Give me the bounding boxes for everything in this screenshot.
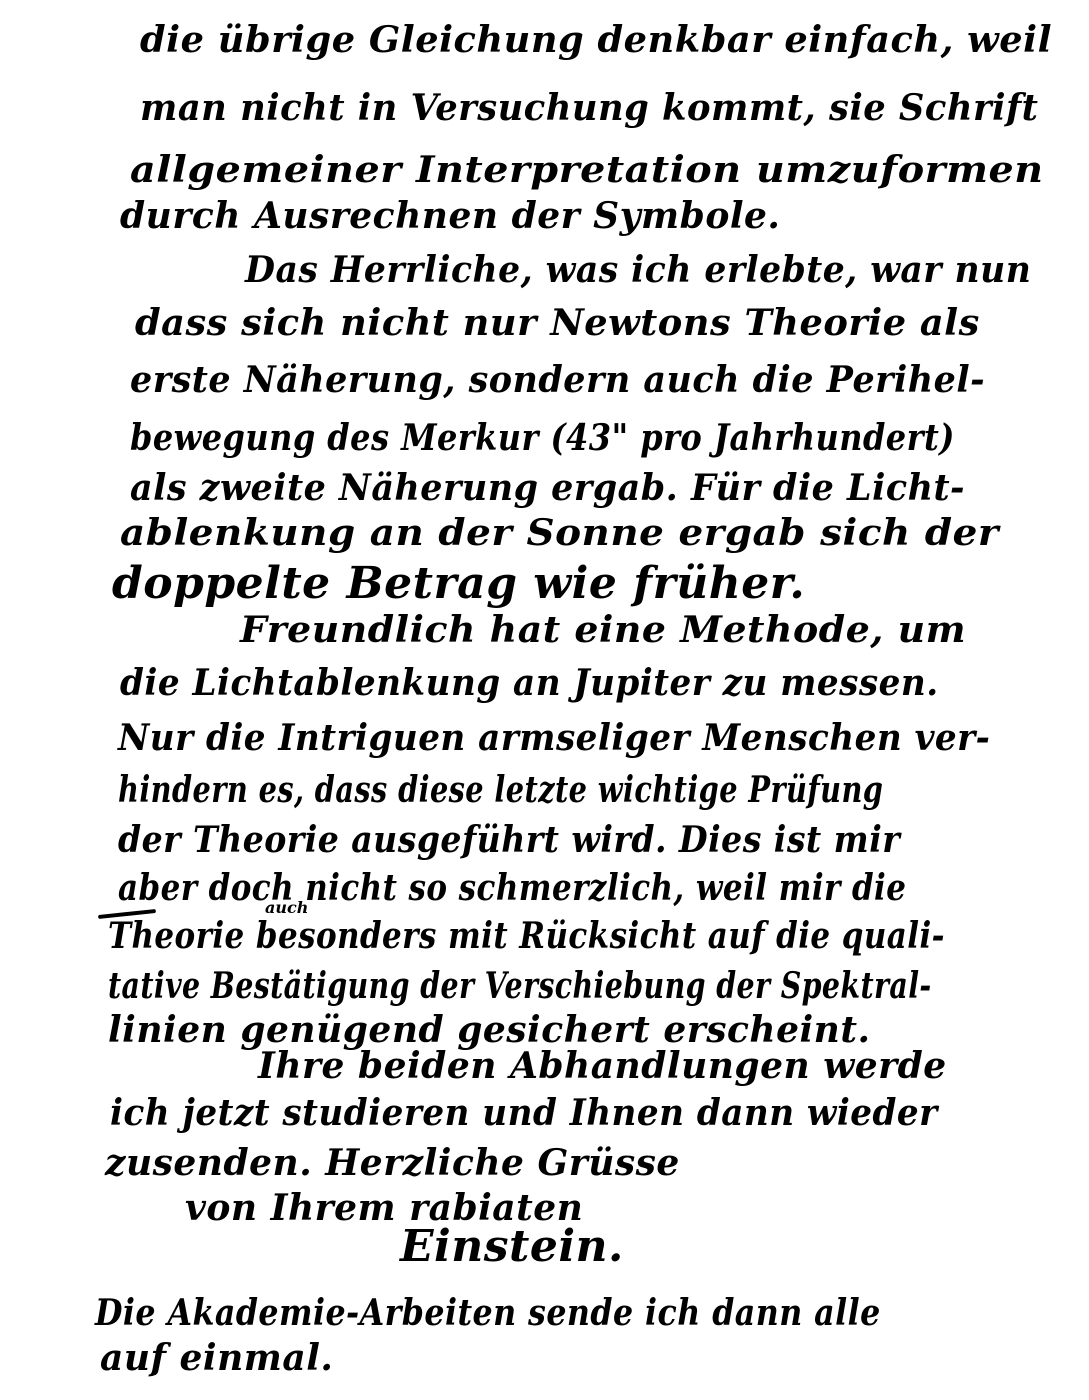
letter-line: bewegung des Merkur (43" pro Jahrhundert… [130, 420, 955, 456]
letter-line: allgemeiner Interpretation umzuformen [130, 152, 1044, 188]
letter-line: erste Näherung, sondern auch die Perihel… [130, 362, 985, 398]
letter-line: tative Bestätigung der Verschiebung der … [108, 968, 932, 1004]
letter-line: die übrige Gleichung denkbar einfach, we… [140, 22, 1052, 58]
letter-line: Nur die Intriguen armseliger Menschen ve… [118, 720, 990, 756]
letter-page: die übrige Gleichung denkbar einfach, we… [0, 0, 1089, 1400]
letter-line: dass sich nicht nur Newtons Theorie als [135, 305, 980, 341]
letter-line: die Lichtablenkung an Jupiter zu messen. [120, 665, 939, 701]
letter-line: Das Herrliche, was ich erlebte, war nun [245, 252, 1031, 288]
letter-line: man nicht in Versuchung kommt, sie Schri… [140, 90, 1038, 126]
letter-line: hindern es, dass diese letzte wichtige P… [118, 772, 883, 808]
letter-line: als zweite Näherung ergab. Für die Licht… [130, 470, 965, 506]
signature: Einstein. [400, 1225, 624, 1269]
letter-line: durch Ausrechnen der Symbole. [120, 198, 780, 234]
letter-line: der Theorie ausgeführt wird. Dies ist mi… [118, 822, 900, 858]
letter-line: aber doch nicht so schmerzlich, weil mir… [118, 870, 906, 906]
letter-line: ablenkung an der Sonne ergab sich der [120, 515, 999, 551]
letter-line: Theorie besonders mit Rücksicht auf die … [108, 918, 945, 954]
letter-line: ich jetzt studieren und Ihnen dann wiede… [110, 1095, 938, 1131]
letter-line: Ihre beiden Abhandlungen werde [258, 1048, 947, 1084]
postscript-line: Die Akademie-Arbeiten sende ich dann all… [95, 1295, 881, 1331]
letter-line: zusenden. Herzliche Grüsse [105, 1145, 680, 1181]
postscript-line: auf einmal. [100, 1340, 333, 1376]
letter-line: doppelte Betrag wie früher. [112, 562, 805, 606]
letter-line: linien genügend gesichert erscheint. [108, 1012, 871, 1048]
letter-line: Freundlich hat eine Methode, um [240, 612, 966, 648]
